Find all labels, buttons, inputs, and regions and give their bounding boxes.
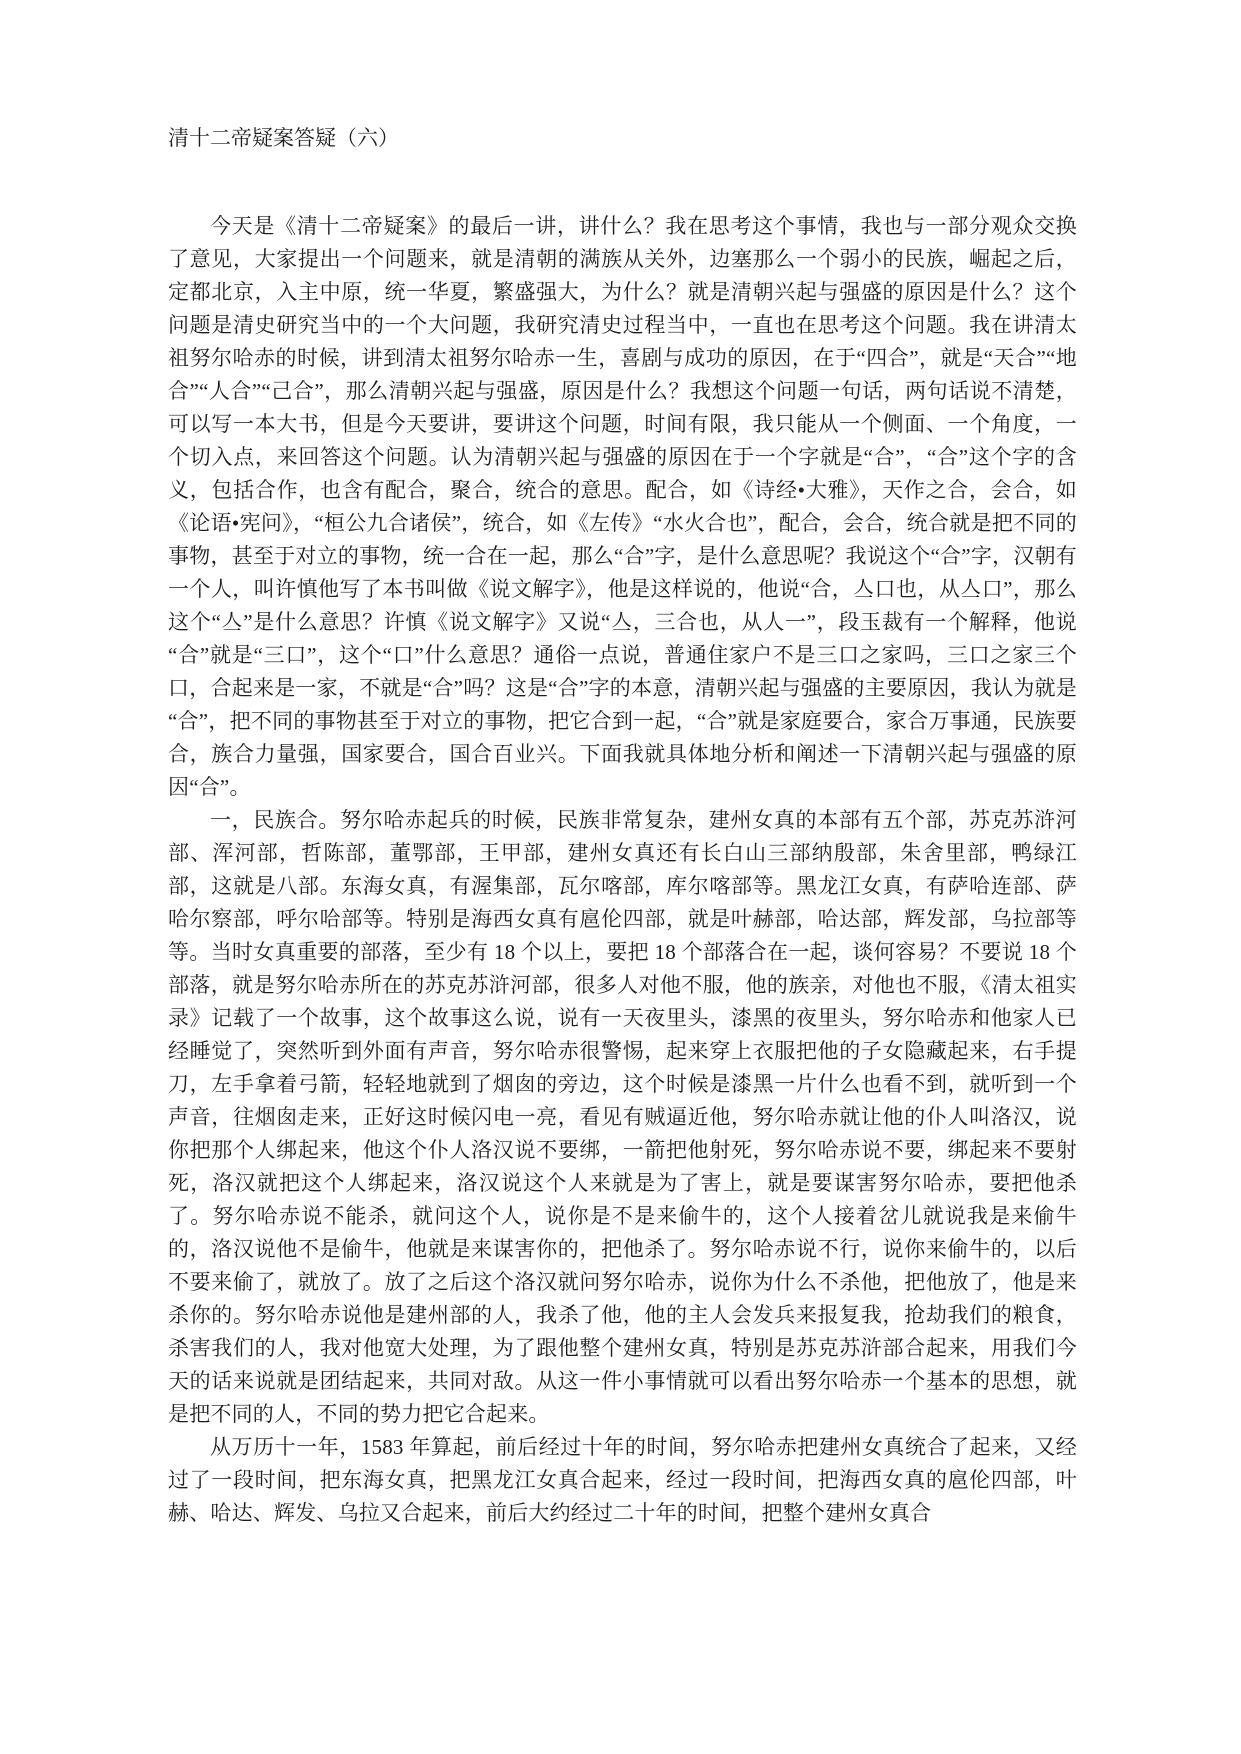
page-title: 清十二帝疑案答疑（六）: [168, 122, 1077, 155]
document-page: 清十二帝疑案答疑（六） 今天是《清十二帝疑案》的最后一讲，讲什么？我在思考这个事…: [0, 0, 1241, 1754]
paragraph-3: 从万历十一年，1583 年算起，前后经过十年的时间，努尔哈赤把建州女真统合了起来…: [168, 1431, 1077, 1530]
paragraph-2: 一，民族合。努尔哈赤起兵的时候，民族非常复杂，建州女真的本部有五个部，苏克苏浒河…: [168, 804, 1077, 1431]
paragraph-1: 今天是《清十二帝疑案》的最后一讲，讲什么？我在思考这个事情，我也与一部分观众交换…: [168, 210, 1077, 804]
